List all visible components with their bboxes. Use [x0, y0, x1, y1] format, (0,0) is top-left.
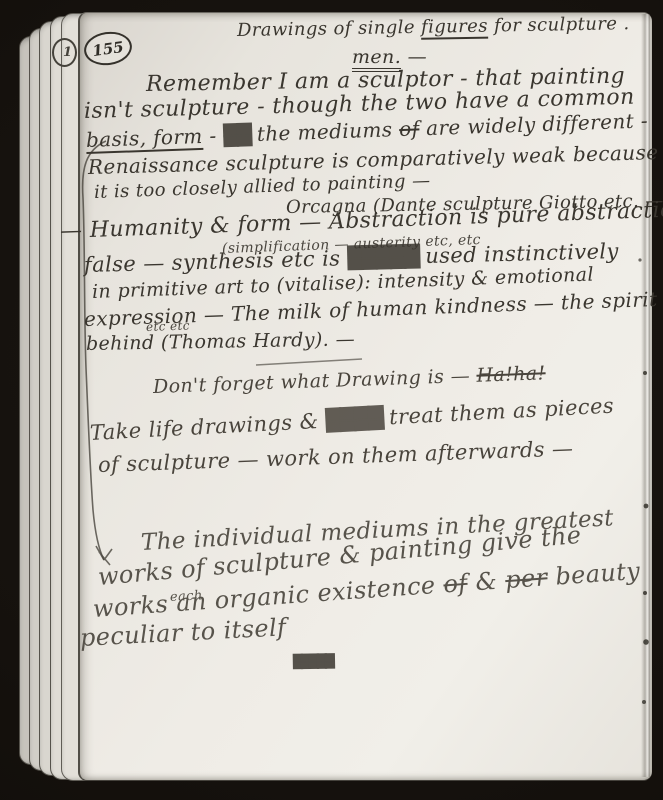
- struck-text: █████: [293, 654, 333, 670]
- text-segment: for sculpture .: [488, 13, 630, 36]
- struck-text: per: [504, 563, 548, 594]
- handwriting-scribble-bottom: █████: [293, 654, 333, 670]
- struck-text: ████: [325, 406, 383, 433]
- text-segment: behind (Thomas Hardy). —: [86, 328, 355, 355]
- underlined-text: basis, form: [86, 124, 204, 154]
- struck-text: of: [399, 116, 420, 141]
- text-segment: -: [202, 123, 224, 148]
- notebook-photo: 1 155 Drawings of single figures for scu…: [0, 0, 663, 800]
- under-page-number: 1: [63, 45, 72, 60]
- text-segment: &: [467, 566, 507, 597]
- text-segment: Drawings of single: [237, 17, 421, 41]
- struck-text: Ha!ha!: [476, 362, 546, 386]
- handwriting-line-behind: behind (Thomas Hardy). —: [86, 328, 355, 355]
- handwriting-line-subtitle: men. —: [352, 46, 427, 68]
- under-page-number-badge: 1: [52, 38, 77, 67]
- struck-text: of: [442, 569, 468, 599]
- text-segment: —: [401, 46, 427, 68]
- struck-text: ██: [223, 122, 251, 147]
- struck-text: █████: [347, 244, 418, 270]
- underlined-text: figures: [421, 16, 488, 40]
- page-number: 155: [91, 37, 125, 59]
